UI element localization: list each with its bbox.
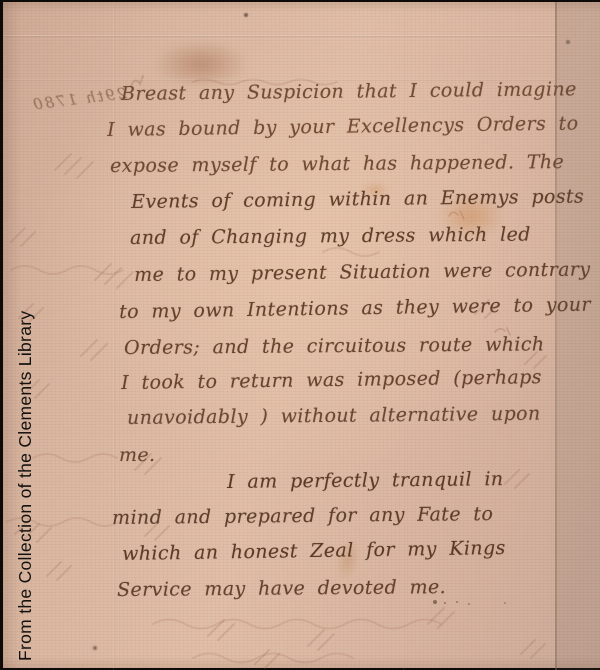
manuscript-scan: 29th 1780 Breast any Suspicion that I co… bbox=[0, 0, 600, 670]
letter-line: Service may have devoted me. bbox=[117, 577, 446, 602]
letter-line: me. bbox=[119, 445, 156, 467]
letter-line: to my own Intentions as they were to you… bbox=[119, 295, 591, 324]
ink-speck bbox=[92, 645, 98, 651]
paper-crease bbox=[3, 35, 556, 37]
edge-shadow bbox=[3, 656, 600, 668]
collection-caption: From the Collection of the Clements Libr… bbox=[15, 311, 36, 661]
ink-stain bbox=[153, 40, 249, 88]
letter-line: which an honest Zeal for my Kings bbox=[122, 538, 506, 566]
bleedthrough-date: 29th 1780 bbox=[30, 86, 127, 113]
letter-line: Orders; and the circuitous route which bbox=[124, 334, 545, 360]
paper-background: 29th 1780 Breast any Suspicion that I co… bbox=[3, 2, 600, 668]
letter-line: I took to return was imposed (perhaps bbox=[121, 367, 542, 395]
edge-shadow bbox=[3, 2, 600, 12]
letter-line: I am perfectly tranquil in bbox=[227, 469, 504, 494]
letter-line: expose myself to what has happened. The bbox=[110, 152, 564, 178]
ink-speck bbox=[433, 600, 437, 604]
letter-line: me to my present Situation were contrary bbox=[134, 259, 591, 286]
ink-speck bbox=[244, 13, 248, 17]
page-edge-strip bbox=[557, 2, 600, 670]
letter-line: and of Changing my dress which led bbox=[130, 225, 531, 250]
letter-line: Breast any Suspicion that I could imagin… bbox=[121, 79, 577, 106]
letter-line: I was bound by your Excellencys Orders t… bbox=[107, 113, 579, 141]
letter-line: Events of coming within an Enemys posts bbox=[131, 186, 584, 213]
letter-line: mind and prepared for any Fate to bbox=[112, 504, 493, 530]
letter-line: unavoidably ) without alternative upon bbox=[127, 404, 541, 430]
